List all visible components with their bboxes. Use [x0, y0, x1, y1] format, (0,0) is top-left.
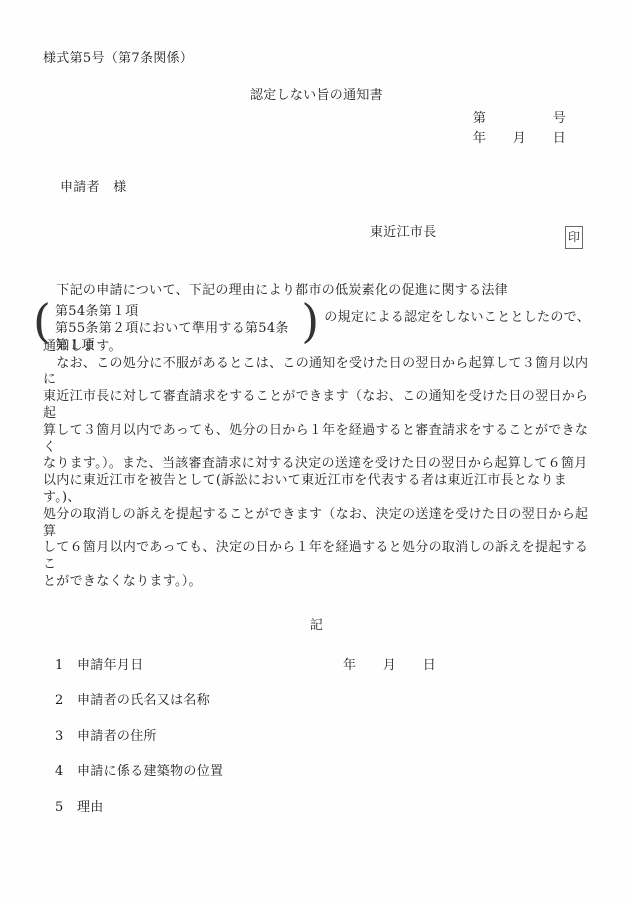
document-date-line: 年 月 日	[43, 129, 566, 149]
appeal-line: して６箇月以内であっても、決定の日から１年を経過すると処分の取消しの訴えを提起す…	[43, 540, 590, 574]
appeal-line: 算して３箇月以内であっても、処分の日から１年を経過すると審査請求をすることができ…	[43, 423, 590, 457]
page-title: 認定しない旨の通知書	[43, 87, 590, 104]
appeal-line: なります。）。また、当該審査請求に対する決定の送達を受けた日の翌日から起算して６…	[43, 456, 590, 473]
record-item-number: 5	[55, 799, 77, 816]
legal-basis-bracket: ( 第54条第１項 第55条第２項において準用する第54条第１項 ) の規定によ…	[33, 301, 590, 339]
record-item-1: 1申請年月日 年 月 日	[43, 657, 590, 674]
document-meta: 第 号 年 月 日	[43, 109, 590, 149]
appeal-line: 以内に東近江市を被告として(訴訟において東近江市を代表する者は東近江市長となりま…	[43, 473, 590, 507]
record-item-label: 申請に係る建築物の位置	[77, 763, 223, 780]
record-item-2: 2申請者の氏名又は名称	[43, 692, 590, 709]
record-item-number: 3	[55, 728, 77, 745]
document-page: 様式第5号（第7条関係） 認定しない旨の通知書 第 号 年 月 日 申請者 様 …	[0, 0, 630, 903]
addressee-line: 申請者 様	[43, 179, 590, 196]
record-item-label: 申請年月日	[77, 657, 144, 674]
record-heading: 記	[43, 617, 590, 634]
appeal-line: 東近江市長に対して審査請求をすることができます（なお、この通知を受けた日の翌日か…	[43, 389, 590, 423]
bracket-open-glyph: (	[33, 301, 51, 341]
record-item-4: 4申請に係る建築物の位置	[43, 763, 590, 780]
record-item-label: 理由	[77, 799, 104, 816]
appeal-line: なお、この処分に不服があるとこは、この通知を受けた日の翌日から起算して３箇月以内…	[43, 356, 590, 390]
seal-placeholder-box: 印	[565, 226, 583, 249]
appeal-line: 処分の取消しの訴えを提起することができます（なお、決定の送達を受けた日の翌日から…	[43, 507, 590, 541]
form-number: 様式第5号（第7条関係）	[43, 50, 590, 67]
record-item-3: 3申請者の住所	[43, 728, 590, 745]
bracket-close-glyph: )	[301, 301, 319, 341]
record-item-label: 申請者の氏名又は名称	[77, 692, 210, 709]
document-number-line: 第 号	[43, 109, 566, 129]
record-list: 1申請年月日 年 月 日 2申請者の氏名又は名称 3申請者の住所 4申請に係る建…	[43, 657, 590, 816]
record-item-label: 申請者の住所	[77, 728, 157, 745]
record-item-5: 5理由	[43, 799, 590, 816]
issuer-row: 東近江市長 印	[43, 224, 590, 250]
legal-basis-option-1: 第54条第１項	[55, 303, 301, 320]
record-item-value: 年 月 日	[343, 657, 436, 674]
after-bracket-text: の規定による認定をしないこととしたので、	[324, 309, 590, 326]
record-item-number: 2	[55, 692, 77, 709]
record-item-number: 4	[55, 763, 77, 780]
body-text: 下記の申請について、下記の理由により都市の低炭素化の促進に関する法律 ( 第54…	[43, 283, 590, 591]
issuer-name: 東近江市長	[370, 224, 437, 241]
record-item-number: 1	[55, 657, 77, 674]
appeal-line: とができなくなります。）。	[43, 574, 590, 591]
